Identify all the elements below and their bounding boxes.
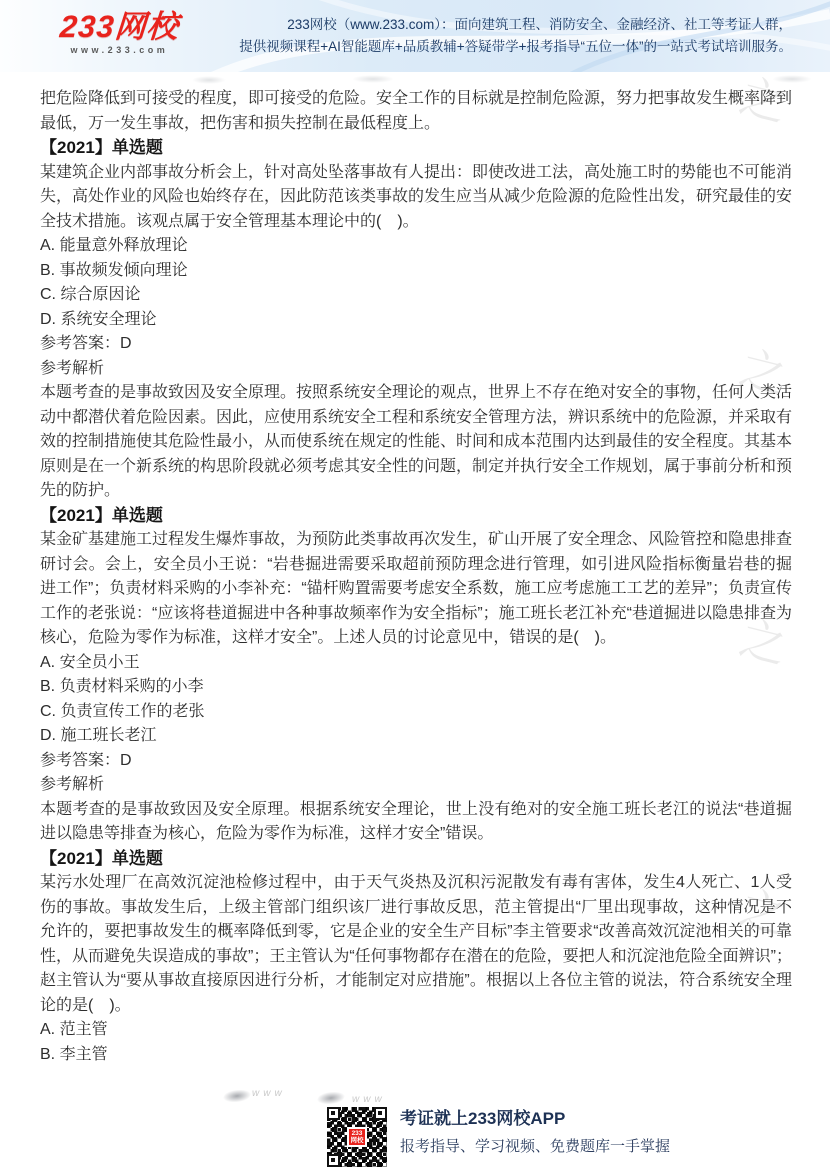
analysis-paragraph: 本题考查的是事故致因及安全原理。按照系统安全理论的观点，世界上不存在绝对安全的事… (40, 381, 792, 504)
smudge-mark (192, 76, 226, 84)
analysis-label: 参考解析 (40, 773, 792, 798)
app-title: 考证就上233网校APP (400, 1108, 670, 1130)
watermark-www-text: www (352, 1094, 386, 1105)
smudge-mark (221, 1090, 253, 1102)
analysis-label: 参考解析 (40, 357, 792, 382)
question-block: 【2021】单选题 某建筑企业内部事故分析会上，针对高处坠落事故有人提出：即使改… (40, 136, 792, 504)
intro-paragraph: 把危险降低到可接受的程度，即可接受的危险。安全工作的目标就是控制危险源，努力把事… (40, 87, 792, 136)
option-item: B. 事故频发倾向理论 (40, 259, 792, 284)
smudge-mark (352, 75, 394, 83)
question-heading: 【2021】单选题 (40, 136, 792, 161)
answer-line: 参考答案：D (40, 749, 792, 774)
qr-code: 233 网校 (327, 1107, 387, 1167)
question-stem: 某建筑企业内部事故分析会上，针对高处坠落事故有人提出：即使改进工法，高处施工时的… (40, 161, 792, 235)
header-tagline-line1: 233网校（www.233.com）：面向建筑工程、消防安全、金融经济、社工等考… (239, 14, 792, 36)
answer-line: 参考答案：D (40, 332, 792, 357)
site-logo: 233网校 www.233.com (60, 11, 179, 55)
header-tagline: 233网校（www.233.com）：面向建筑工程、消防安全、金融经济、社工等考… (239, 14, 792, 58)
site-logo-url: www.233.com (60, 45, 179, 55)
footer-text-block: 考证就上233网校APP 报考指导、学习视频、免费题库一手掌握 (400, 1107, 670, 1157)
site-header: 233网校 www.233.com 233网校（www.233.com）：面向建… (0, 0, 830, 72)
analysis-paragraph: 本题考查的是事故致因及安全原理。根据系统安全理论，世上没有绝对的安全施工班长老江… (40, 798, 792, 847)
question-block: 【2021】单选题 某金矿基建施工过程发生爆炸事故，为预防此类事故再次发生，矿山… (40, 504, 792, 847)
qr-finder-icon (327, 1154, 340, 1167)
option-item: B. 李主管 (40, 1043, 792, 1068)
option-item: A. 范主管 (40, 1018, 792, 1043)
option-item: A. 能量意外释放理论 (40, 234, 792, 259)
qr-center-logo: 233 网校 (347, 1127, 367, 1147)
question-heading: 【2021】单选题 (40, 847, 792, 872)
app-subtitle: 报考指导、学习视频、免费题库一手掌握 (400, 1137, 670, 1157)
qr-finder-icon (374, 1107, 387, 1120)
option-item: C. 综合原因论 (40, 283, 792, 308)
option-item: A. 安全员小王 (40, 651, 792, 676)
question-heading: 【2021】单选题 (40, 504, 792, 529)
qr-finder-icon (327, 1107, 340, 1120)
document-body: 把危险降低到可接受的程度，即可接受的危险。安全工作的目标就是控制危险源，努力把事… (40, 87, 792, 1067)
header-tagline-line2: 提供视频课程+AI智能题库+品质教辅+答疑带学+报考指导“五位一体”的一站式考试… (239, 36, 792, 58)
site-logo-text: 233网校 (59, 11, 180, 43)
watermark-www-text: www (252, 1088, 286, 1099)
app-promo-footer: 233 网校 考证就上233网校APP 报考指导、学习视频、免费题库一手掌握 (327, 1107, 670, 1167)
option-item: D. 施工班长老江 (40, 724, 792, 749)
option-item: C. 负责宣传工作的老张 (40, 700, 792, 725)
question-stem: 某污水处理厂在高效沉淀池检修过程中，由于天气炎热及沉积污泥散发有毒有害体，发生4… (40, 871, 792, 1018)
smudge-mark (315, 1092, 347, 1104)
option-item: D. 系统安全理论 (40, 308, 792, 333)
question-stem: 某金矿基建施工过程发生爆炸事故，为预防此类事故再次发生，矿山开展了安全理念、风险… (40, 528, 792, 651)
question-block: 【2021】单选题 某污水处理厂在高效沉淀池检修过程中，由于天气炎热及沉积污泥散… (40, 847, 792, 1068)
option-item: B. 负责材料采购的小李 (40, 675, 792, 700)
